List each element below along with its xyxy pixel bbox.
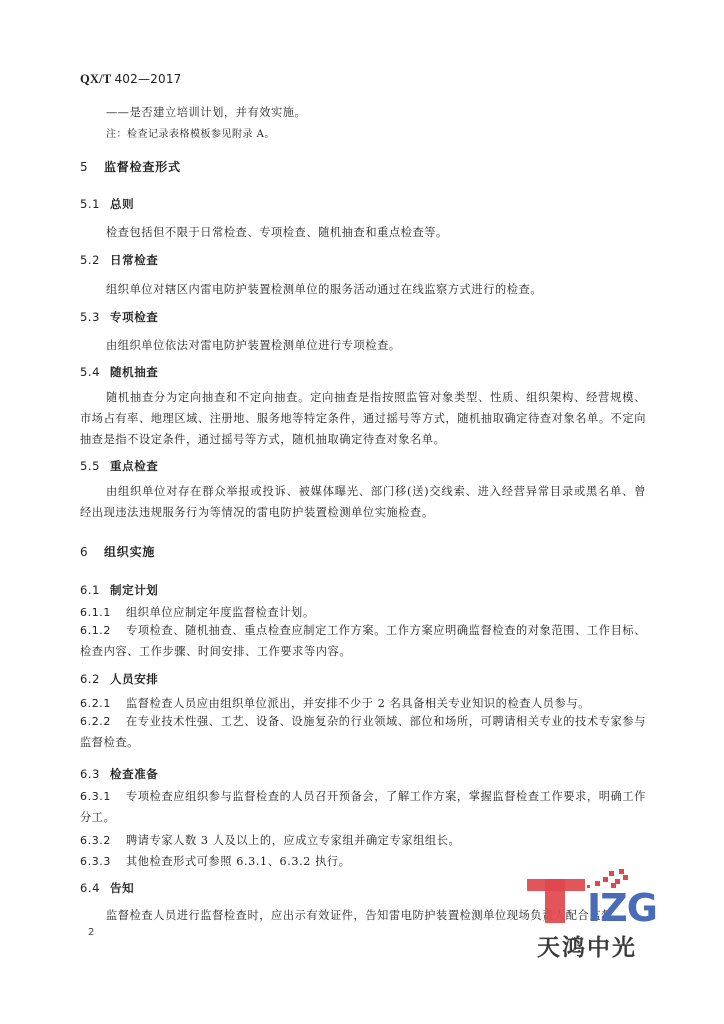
clause-6-3-1: 6.3.1专项检查应组织参与监督检查的人员召开预备会，了解工作方案，掌握监督检查…: [80, 786, 646, 828]
section-6-heading: 6组织实施: [80, 543, 155, 560]
clause-6-2-2: 6.2.2在专业技术性强、工艺、设备、设施复杂的行业领域、部位和场所，可聘请相关…: [80, 711, 646, 753]
note: 注：检查记录表格模板参见附录 A。: [106, 125, 275, 140]
section-5-1-heading: 5.1总则: [80, 196, 134, 212]
dash-item: ——是否建立培训计划，并有效实施。: [106, 104, 306, 120]
clause-6-3-3: 6.3.3其他检查形式可参照 6.3.1、6.3.2 执行。: [80, 853, 350, 869]
section-5-3-heading: 5.3专项检查: [80, 309, 158, 325]
document-page: QX/T 402—2017 ——是否建立培训计划，并有效实施。 注：检查记录表格…: [0, 0, 724, 1024]
section-5-5-text: 由组织单位对存在群众举报或投诉、被媒体曝光、部门移(送)交线索、进入经营异常目录…: [80, 481, 646, 523]
clause-6-2-1: 6.2.1监督检查人员应由组织单位派出，并安排不少于 2 名具备相关专业知识的检…: [80, 695, 590, 711]
page-number: 2: [88, 927, 94, 938]
clause-6-3-2: 6.3.2聘请专家人数 3 人及以上的，应成立专家组并确定专家组组长。: [80, 832, 460, 848]
logo-chinese-name: 天鸿中光: [537, 929, 637, 962]
clause-6-1-1: 6.1.1组织单位应制定年度监督检查计划。: [80, 604, 315, 620]
section-5-4-heading: 5.4随机抽查: [80, 364, 158, 380]
logo-t-mark: [527, 879, 585, 923]
section-6-1-heading: 6.1制定计划: [80, 582, 158, 598]
section-5-5-heading: 5.5重点检查: [80, 458, 158, 474]
standard-code: QX/T 402—2017: [80, 72, 182, 87]
logo-letters: IZG: [587, 891, 657, 925]
section-6-3-heading: 6.3检查准备: [80, 766, 158, 782]
standard-prefix: QX/T: [80, 72, 111, 86]
section-6-4-heading: 6.4告知: [80, 880, 134, 896]
watermark-logo: IZG 天鸿中光: [527, 867, 677, 959]
section-5-2-text: 组织单位对辖区内雷电防护装置检测单位的服务活动通过在线监察方式进行的检查。: [106, 281, 542, 297]
clause-6-1-2: 6.1.2专项检查、随机抽查、重点检查应制定工作方案。工作方案应明确监督检查的对…: [80, 620, 646, 662]
section-5-4-text: 随机抽查分为定向抽查和不定向抽查。定向抽查是指按照监管对象类型、性质、组织架构、…: [80, 387, 646, 450]
standard-number: 402—2017: [114, 72, 181, 86]
section-5-3-text: 由组织单位依法对雷电防护装置检测单位进行专项检查。: [106, 337, 401, 353]
section-5-2-heading: 5.2日常检查: [80, 252, 158, 268]
section-5-heading: 5监督检查形式: [80, 158, 181, 175]
section-6-2-heading: 6.2人员安排: [80, 671, 158, 687]
section-5-1-text: 检查包括但不限于日常检查、专项检查、随机抽查和重点检查等。: [106, 224, 448, 240]
